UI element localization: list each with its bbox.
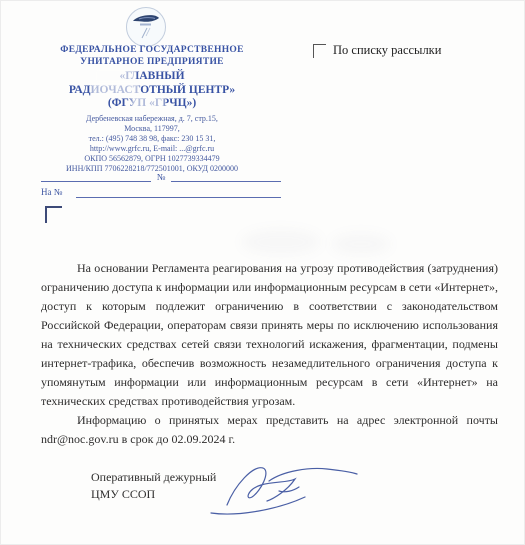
address-city: Москва, 117997, <box>23 124 281 134</box>
address-okpo-ogrn: ОКПО 56562879, ОГРН 1027739334479 <box>23 154 281 164</box>
org-type-line1: ФЕДЕРАЛЬНОЕ ГОСУДАРСТВЕННОЕ <box>23 45 281 57</box>
body-paragraph-1: На основании Регламента реагирования на … <box>41 259 498 411</box>
letterhead-org-block: ФЕДЕРАЛЬНОЕ ГОСУДАРСТВЕННОЕ УНИТАРНОЕ ПР… <box>23 45 281 174</box>
org-type-line2: УНИТАРНОЕ ПРЕДПРИЯТИЕ <box>23 57 281 69</box>
scan-smudge <box>241 229 321 255</box>
signatory-title-line2: ЦМУ ССОП <box>91 486 216 503</box>
number-blank-line <box>171 181 281 182</box>
org-name-line2: РАДИОЧАСТОТНЫЙ ЦЕНТР» <box>23 84 281 98</box>
handwritten-signature <box>209 447 364 524</box>
address-corner-mark-right <box>313 44 326 58</box>
body-paragraph-2: Информацию о принятых мерах представить … <box>41 411 498 449</box>
recipient-label: По списку рассылки <box>333 43 441 58</box>
address-street: Дербеневская набережная, д. 7, стр.15, <box>23 114 281 124</box>
letter-body: На основании Регламента реагирования на … <box>41 259 498 449</box>
address-phone: тел.: (495) 748 38 98, факс: 230 15 31, <box>23 134 281 144</box>
reply-to-label: На № <box>41 187 76 198</box>
signatory-block: Оперативный дежурный ЦМУ ССОП <box>91 469 216 503</box>
date-blank-line <box>41 181 151 182</box>
blur-artifact <box>96 70 136 82</box>
reference-lines: № На № <box>41 169 281 198</box>
address-web-email: http://www.grfc.ru, E-mail: ...@grfc.ru <box>23 144 281 154</box>
scan-smudge <box>331 233 391 255</box>
blur-artifact <box>91 83 139 95</box>
signatory-title-line1: Оперативный дежурный <box>91 469 216 486</box>
reply-blank-line <box>76 197 281 198</box>
blur-artifact <box>131 97 165 108</box>
address-corner-mark-left <box>45 206 62 223</box>
number-label: № <box>151 172 172 182</box>
org-name-line1: «ГЛАВНЫЙ <box>23 70 281 84</box>
letter-page: ФЕДЕРАЛЬНОЕ ГОСУДАРСТВЕННОЕ УНИТАРНОЕ ПР… <box>0 0 525 545</box>
grfc-logo-icon <box>125 6 167 48</box>
